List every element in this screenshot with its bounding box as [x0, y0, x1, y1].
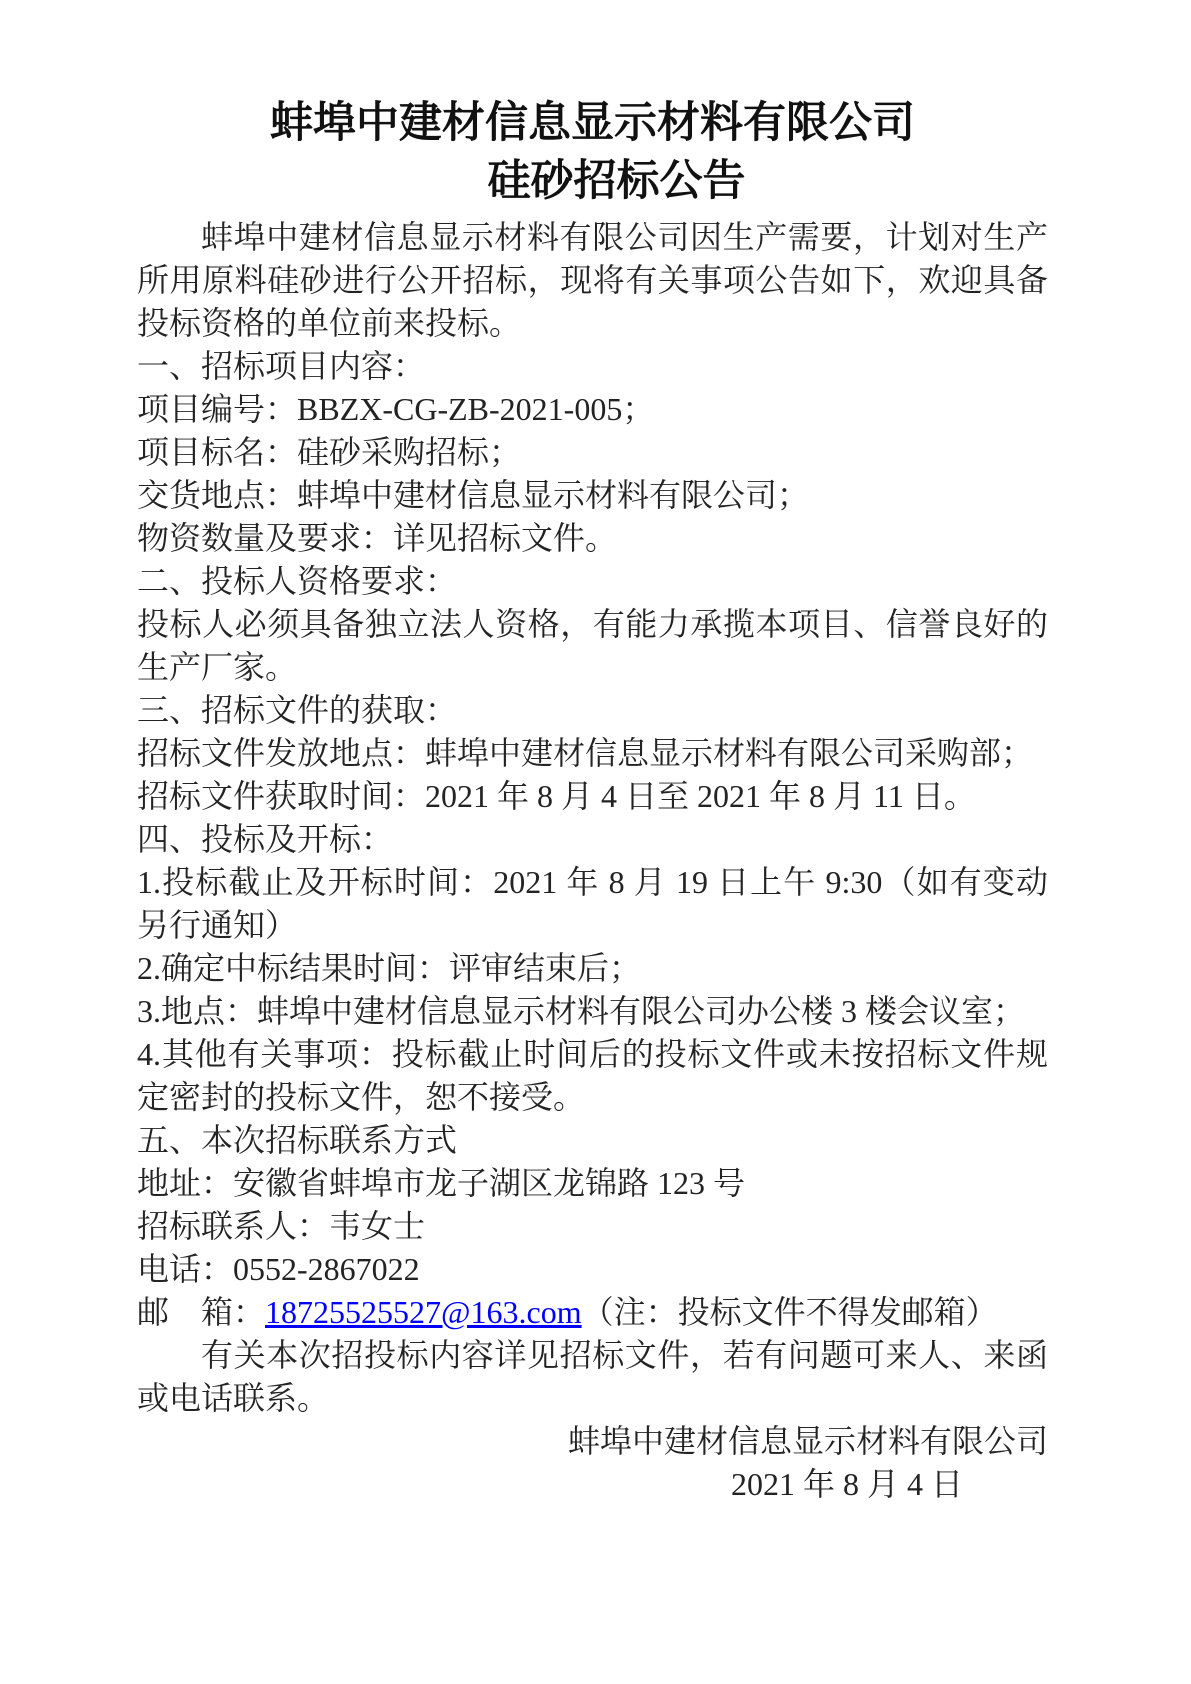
closing-line-1: 有关本次招投标内容详见招标文件，若有问题可来人、来函: [137, 1334, 1048, 1377]
email-link[interactable]: 18725525527@163.com: [265, 1294, 582, 1330]
email-label: 邮 箱：: [137, 1294, 265, 1330]
document-body: 蚌埠中建材信息显示材料有限公司因生产需要，计划对生产 所用原料硅砂进行公开招标，…: [137, 216, 1048, 1506]
title-announcement-subject: 硅砂招标公告: [137, 153, 1048, 211]
bidder-qualification-line-1: 投标人必须具备独立法人资格，有能力承揽本项目、信誉良好的: [137, 603, 1048, 646]
address-line: 地址：安徽省蚌埠市龙子湖区龙锦路 123 号: [137, 1162, 1048, 1205]
document-issue-location-line: 招标文件发放地点：蚌埠中建材信息显示材料有限公司采购部；: [137, 732, 1048, 775]
document-title-block: 蚌埠中建材信息显示材料有限公司 硅砂招标公告: [137, 95, 1048, 211]
intro-line-3: 投标资格的单位前来投标。: [137, 302, 1048, 345]
closing-line-2: 或电话联系。: [137, 1377, 1048, 1420]
opening-location-line: 3.地点：蚌埠中建材信息显示材料有限公司办公楼 3 楼会议室；: [137, 990, 1048, 1033]
quantity-requirements-line: 物资数量及要求：详见招标文件。: [137, 517, 1048, 560]
title-company-name: 蚌埠中建材信息显示材料有限公司: [137, 95, 1048, 153]
result-time-line: 2.确定中标结果时间：评审结束后；: [137, 947, 1048, 990]
phone-line: 电话：0552-2867022: [137, 1248, 1048, 1291]
delivery-location-line: 交货地点：蚌埠中建材信息显示材料有限公司；: [137, 474, 1048, 517]
bid-deadline-line-2: 另行通知）: [137, 904, 1048, 947]
email-note: （注：投标文件不得发邮箱）: [582, 1294, 998, 1330]
contact-person-line: 招标联系人：韦女士: [137, 1205, 1048, 1248]
bidder-qualification-line-2: 生产厂家。: [137, 646, 1048, 689]
intro-line-2: 所用原料硅砂进行公开招标，现将有关事项公告如下，欢迎具备: [137, 259, 1048, 302]
bid-deadline-line-1: 1.投标截止及开标时间：2021 年 8 月 19 日上午 9:30（如有变动: [137, 861, 1048, 904]
tender-announcement-document: 蚌埠中建材信息显示材料有限公司 硅砂招标公告 蚌埠中建材信息显示材料有限公司因生…: [137, 0, 1048, 1506]
intro-line-1: 蚌埠中建材信息显示材料有限公司因生产需要，计划对生产: [137, 216, 1048, 259]
other-matters-line-1: 4.其他有关事项：投标截止时间后的投标文件或未按招标文件规: [137, 1033, 1048, 1076]
section5-heading: 五、本次招标联系方式: [137, 1119, 1048, 1162]
project-name-line: 项目标名：硅砂采购招标；: [137, 431, 1048, 474]
section2-heading: 二、投标人资格要求：: [137, 560, 1048, 603]
signature-company: 蚌埠中建材信息显示材料有限公司: [137, 1420, 1048, 1463]
section3-heading: 三、招标文件的获取：: [137, 689, 1048, 732]
section4-heading: 四、投标及开标：: [137, 818, 1048, 861]
document-page: 蚌埠中建材信息显示材料有限公司 硅砂招标公告 蚌埠中建材信息显示材料有限公司因生…: [0, 0, 1191, 1684]
project-number-line: 项目编号：BBZX-CG-ZB-2021-005；: [137, 388, 1048, 431]
signature-date: 2021 年 8 月 4 日: [137, 1463, 1048, 1506]
document-obtain-time-line: 招标文件获取时间：2021 年 8 月 4 日至 2021 年 8 月 11 日…: [137, 775, 1048, 818]
other-matters-line-2: 定密封的投标文件，恕不接受。: [137, 1076, 1048, 1119]
email-line: 邮 箱：18725525527@163.com（注：投标文件不得发邮箱）: [137, 1291, 1048, 1334]
section1-heading: 一、招标项目内容：: [137, 345, 1048, 388]
